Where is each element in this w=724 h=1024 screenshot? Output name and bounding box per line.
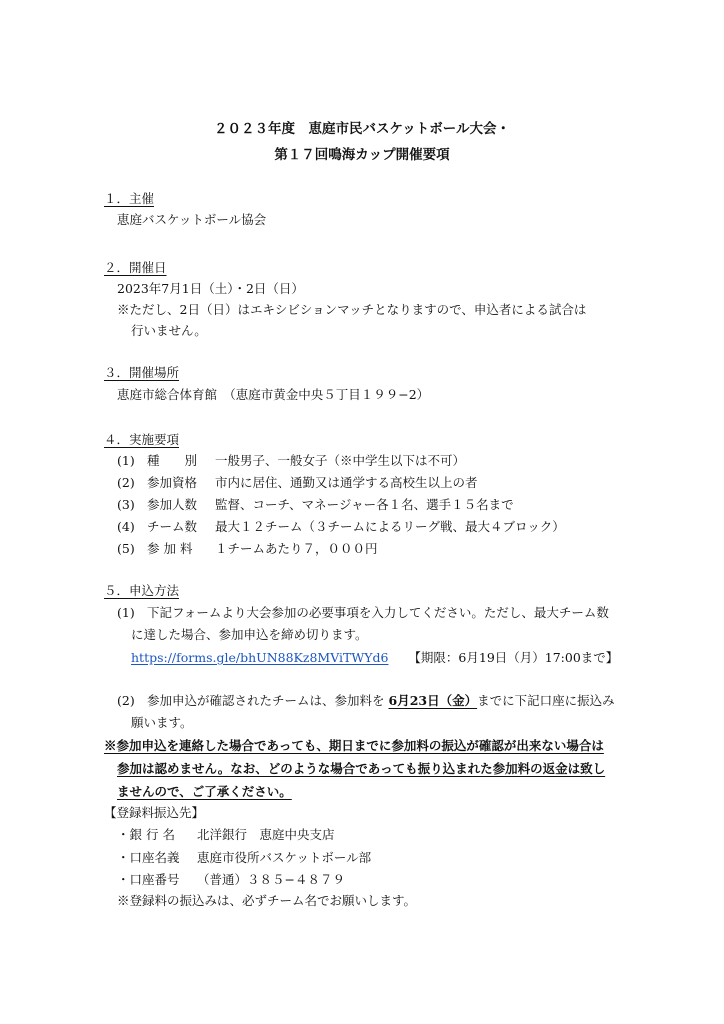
organizer-name: 恵庭バスケットボール協会 — [117, 214, 266, 227]
venue-address: 恵庭市総合体育館 （恵庭市黄金中央５丁目１９９−2） — [117, 389, 429, 402]
step-num: (2) — [117, 695, 147, 708]
title-line-1: ２０２３年度 恵庭市民バスケットボール大会・ — [0, 123, 724, 137]
detail-value: 最大１２チーム（３チームによるリーグ戦、最大４ブロック） — [215, 519, 565, 534]
application-step-2-line-2: 願います。 — [131, 717, 193, 730]
bank-label: ・口座番号 — [117, 874, 197, 887]
detail-value: １チームあたり７，０００円 — [215, 541, 378, 556]
application-step-1-line-1: (1)下記フォームより大会参加の必要事項を入力してください。ただし、最大チーム数 — [117, 607, 609, 620]
section-details-heading: ４．実施要項 — [104, 434, 179, 447]
detail-row: (1)種 別一般男子、一般女子（※中学生以下は不可） — [117, 455, 465, 468]
detail-num: (2) — [117, 477, 147, 490]
detail-num: (1) — [117, 455, 147, 468]
detail-value: 監督、コーチ、マネージャー各１名、選手１５名まで — [215, 497, 514, 512]
application-step-1-line-2: に達した場合、参加申込を締め切ります。 — [131, 629, 368, 642]
step-text: までに下記口座に振込み — [477, 693, 615, 708]
detail-row: (2)参加資格市内に居住、通勤又は通学する高校生以上の者 — [117, 477, 478, 490]
warning-line-1: ※参加申込を連絡した場合であっても、期日までに参加料の振込が確認が出来ない場合は — [104, 740, 604, 753]
bank-row: ・銀 行 名北洋銀行 恵庭中央支店 — [117, 829, 335, 842]
date-note-line-1: ※ただし、2日（日）はエキシビションマッチとなりますので、申込者による試合は — [117, 304, 586, 317]
bank-value: （普通）３８５−４８７９ — [197, 872, 345, 887]
step-text: 下記フォームより大会参加の必要事項を入力してください。ただし、最大チーム数 — [147, 605, 609, 620]
warning-line-3: ませんので、ご了承ください。 — [117, 786, 292, 799]
detail-value: 市内に居住、通勤又は通学する高校生以上の者 — [215, 475, 478, 490]
detail-row: (5)参 加 料１チームあたり７，０００円 — [117, 543, 378, 556]
detail-label: 種 別 — [147, 455, 215, 468]
payment-deadline: 6月23日（金） — [389, 693, 478, 708]
bank-note: ※登録料の振込みは、必ずチーム名でお願いします。 — [117, 895, 416, 908]
detail-num: (4) — [117, 521, 147, 534]
detail-num: (5) — [117, 543, 147, 556]
title-line-2: 第１７回鳴海カップ開催要項 — [0, 149, 724, 163]
detail-label: 参加人数 — [147, 499, 215, 512]
section-organizer-heading: １．主催 — [104, 193, 154, 206]
detail-num: (3) — [117, 499, 147, 512]
section-date-heading: ２．開催日 — [104, 262, 167, 275]
bank-value: 北洋銀行 恵庭中央支店 — [197, 827, 335, 842]
detail-label: 参 加 料 — [147, 543, 215, 556]
bank-label: ・銀 行 名 — [117, 829, 197, 842]
warning-line-2: 参加は認めません。なお、どのような場合であっても振り込まれた参加料の返金は致し — [117, 763, 605, 776]
bank-value: 恵庭市役所バスケットボール部 — [197, 850, 371, 865]
detail-value: 一般男子、一般女子（※中学生以下は不可） — [215, 453, 465, 468]
detail-row: (3)参加人数監督、コーチ、マネージャー各１名、選手１５名まで — [117, 499, 514, 512]
bank-row: ・口座番号（普通）３８５−４８７９ — [117, 874, 345, 887]
detail-label: 参加資格 — [147, 477, 215, 490]
form-link[interactable]: https://forms.gle/bhUN88Kz8MViTWYd6 — [131, 650, 388, 665]
bank-row: ・口座名義恵庭市役所バスケットボール部 — [117, 852, 371, 865]
form-link-row: https://forms.gle/bhUN88Kz8MViTWYd6 【期限：… — [131, 652, 618, 665]
date-note-line-2: 行いません。 — [131, 325, 207, 338]
application-step-2-line-1: (2)参加申込が確認されたチームは、参加料を6月23日（金）までに下記口座に振込… — [117, 695, 615, 708]
step-num: (1) — [117, 607, 147, 620]
section-application-heading: ５．申込方法 — [104, 585, 179, 598]
detail-row: (4)チーム数最大１２チーム（３チームによるリーグ戦、最大４ブロック） — [117, 521, 565, 534]
application-deadline: 【期限：6月19日（月）17:00まで】 — [408, 650, 618, 665]
section-venue-heading: ３．開催場所 — [104, 367, 179, 380]
bank-heading: 【登録料振込先】 — [104, 807, 204, 820]
event-date: 2023年7月1日（土）・2日（日） — [117, 283, 304, 296]
detail-label: チーム数 — [147, 521, 215, 534]
bank-label: ・口座名義 — [117, 852, 197, 865]
step-text: 参加申込が確認されたチームは、参加料を — [147, 693, 385, 708]
